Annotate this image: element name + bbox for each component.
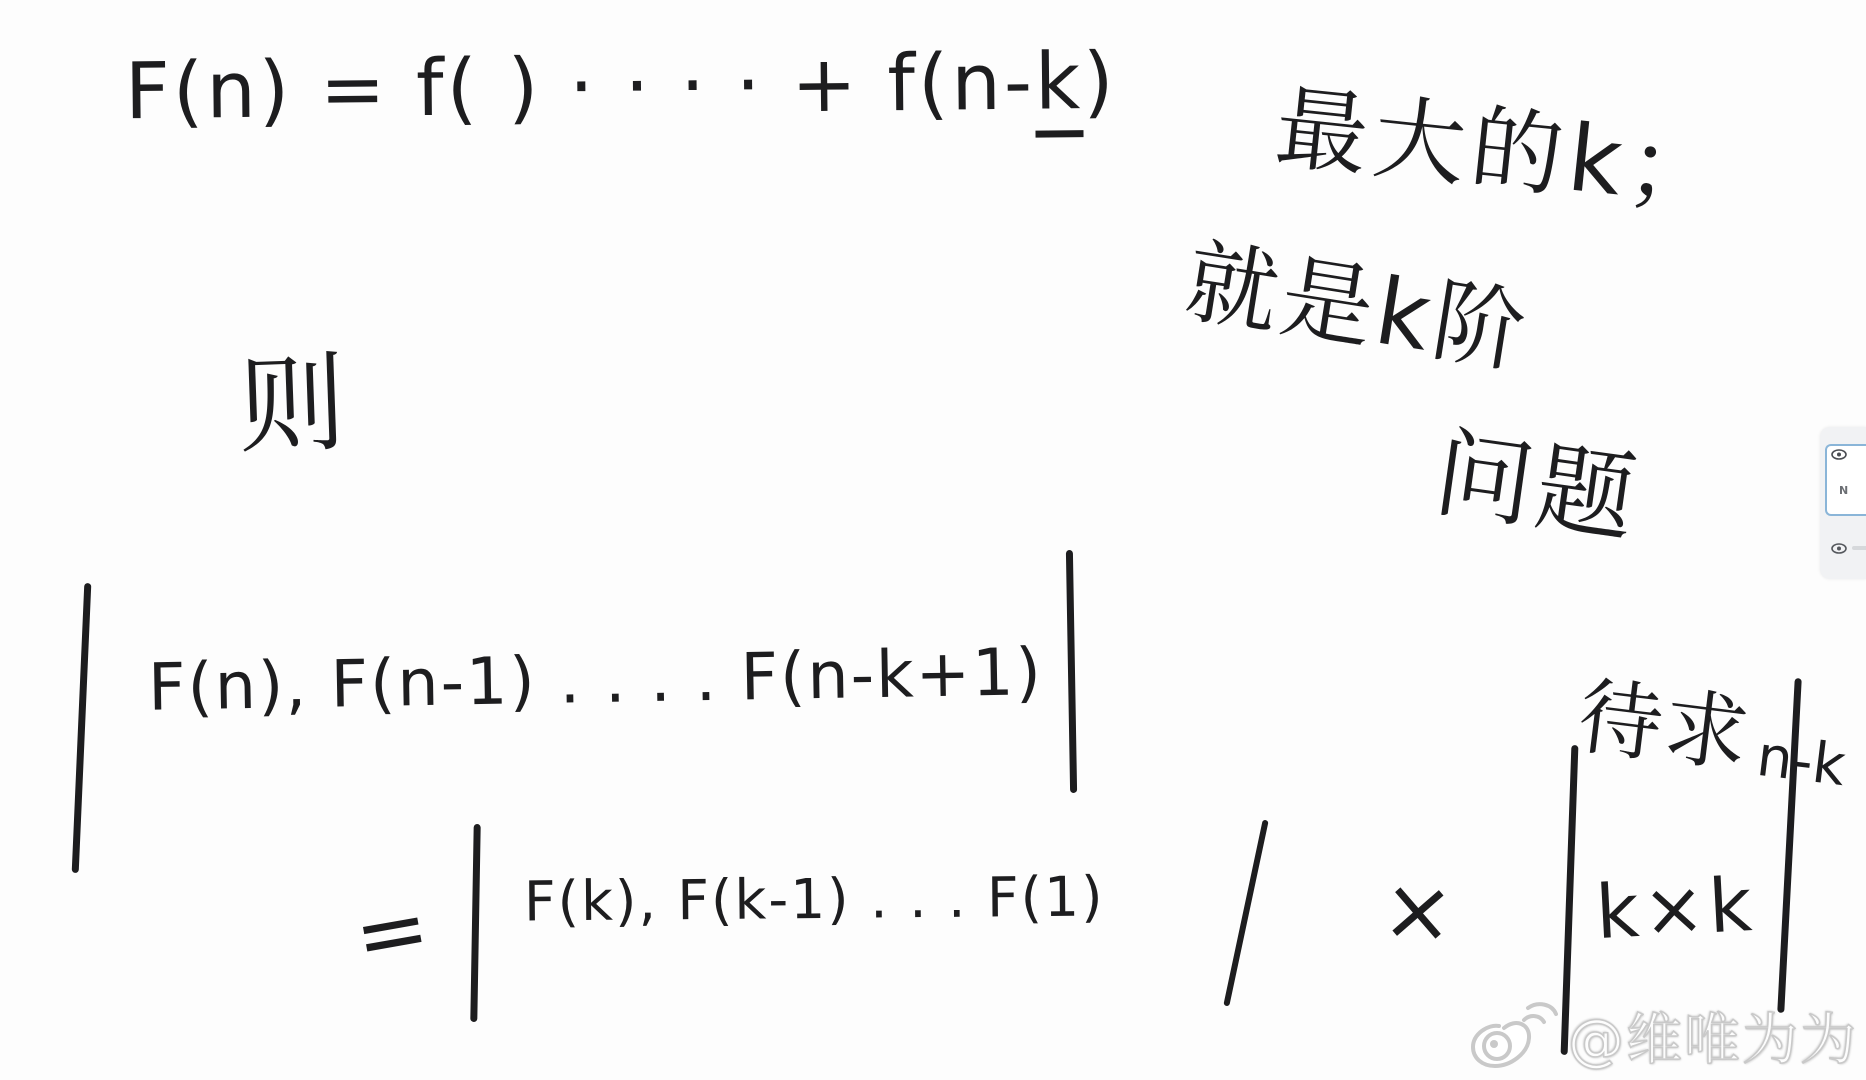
eye-icon[interactable] <box>1831 449 1847 460</box>
watermark-handle: @维唯为为 <box>1568 996 1858 1076</box>
layer-row-selected[interactable]: N <box>1825 444 1866 516</box>
layer-label: N <box>1839 484 1866 497</box>
formula-recurrence-part2: ) <box>1083 37 1117 127</box>
layer-row[interactable] <box>1825 531 1866 565</box>
determinant-n-content: F(n), F(n-1) . . . . F(n-k+1) <box>148 640 1044 721</box>
eye-icon[interactable] <box>1831 543 1847 554</box>
annotation-then: 则 <box>236 350 348 462</box>
formula-recurrence-k-underlined: k <box>1035 37 1084 137</box>
weibo-eye-icon <box>1466 1000 1558 1072</box>
determinant-n-left-bar <box>72 583 92 873</box>
layer-thumbnail-placeholder <box>1852 546 1866 550</box>
annotation-kth-order: 就是k阶 <box>1180 236 1535 381</box>
annotation-problem: 问题 <box>1429 424 1645 549</box>
equals-sign: = <box>348 882 436 981</box>
annotation-largest-k: 最大的k； <box>1271 82 1729 221</box>
determinant-right-label: 待求 <box>1573 667 1756 785</box>
formula-recurrence: F(n) = f( ) · · · · + f(n-k) <box>125 43 1117 131</box>
determinant-k-left-bar <box>470 824 480 1022</box>
layers-panel: N <box>1820 427 1866 579</box>
formula-recurrence-part1: F(n) = f( ) · · · · + f(n- <box>125 38 1036 138</box>
watermark: @维唯为为 <box>1466 996 1858 1076</box>
determinant-k-right-bar <box>1223 819 1268 1006</box>
multiplication-sign: × <box>1379 866 1457 957</box>
determinant-right-size: k×k <box>1594 868 1757 950</box>
determinant-n-right-bar <box>1066 550 1077 793</box>
determinant-right-line1: 待求n-k <box>1574 674 1852 790</box>
determinant-right-term: n-k <box>1753 724 1848 799</box>
determinant-k-content: F(k), F(k-1) . . . F(1) <box>524 869 1105 929</box>
